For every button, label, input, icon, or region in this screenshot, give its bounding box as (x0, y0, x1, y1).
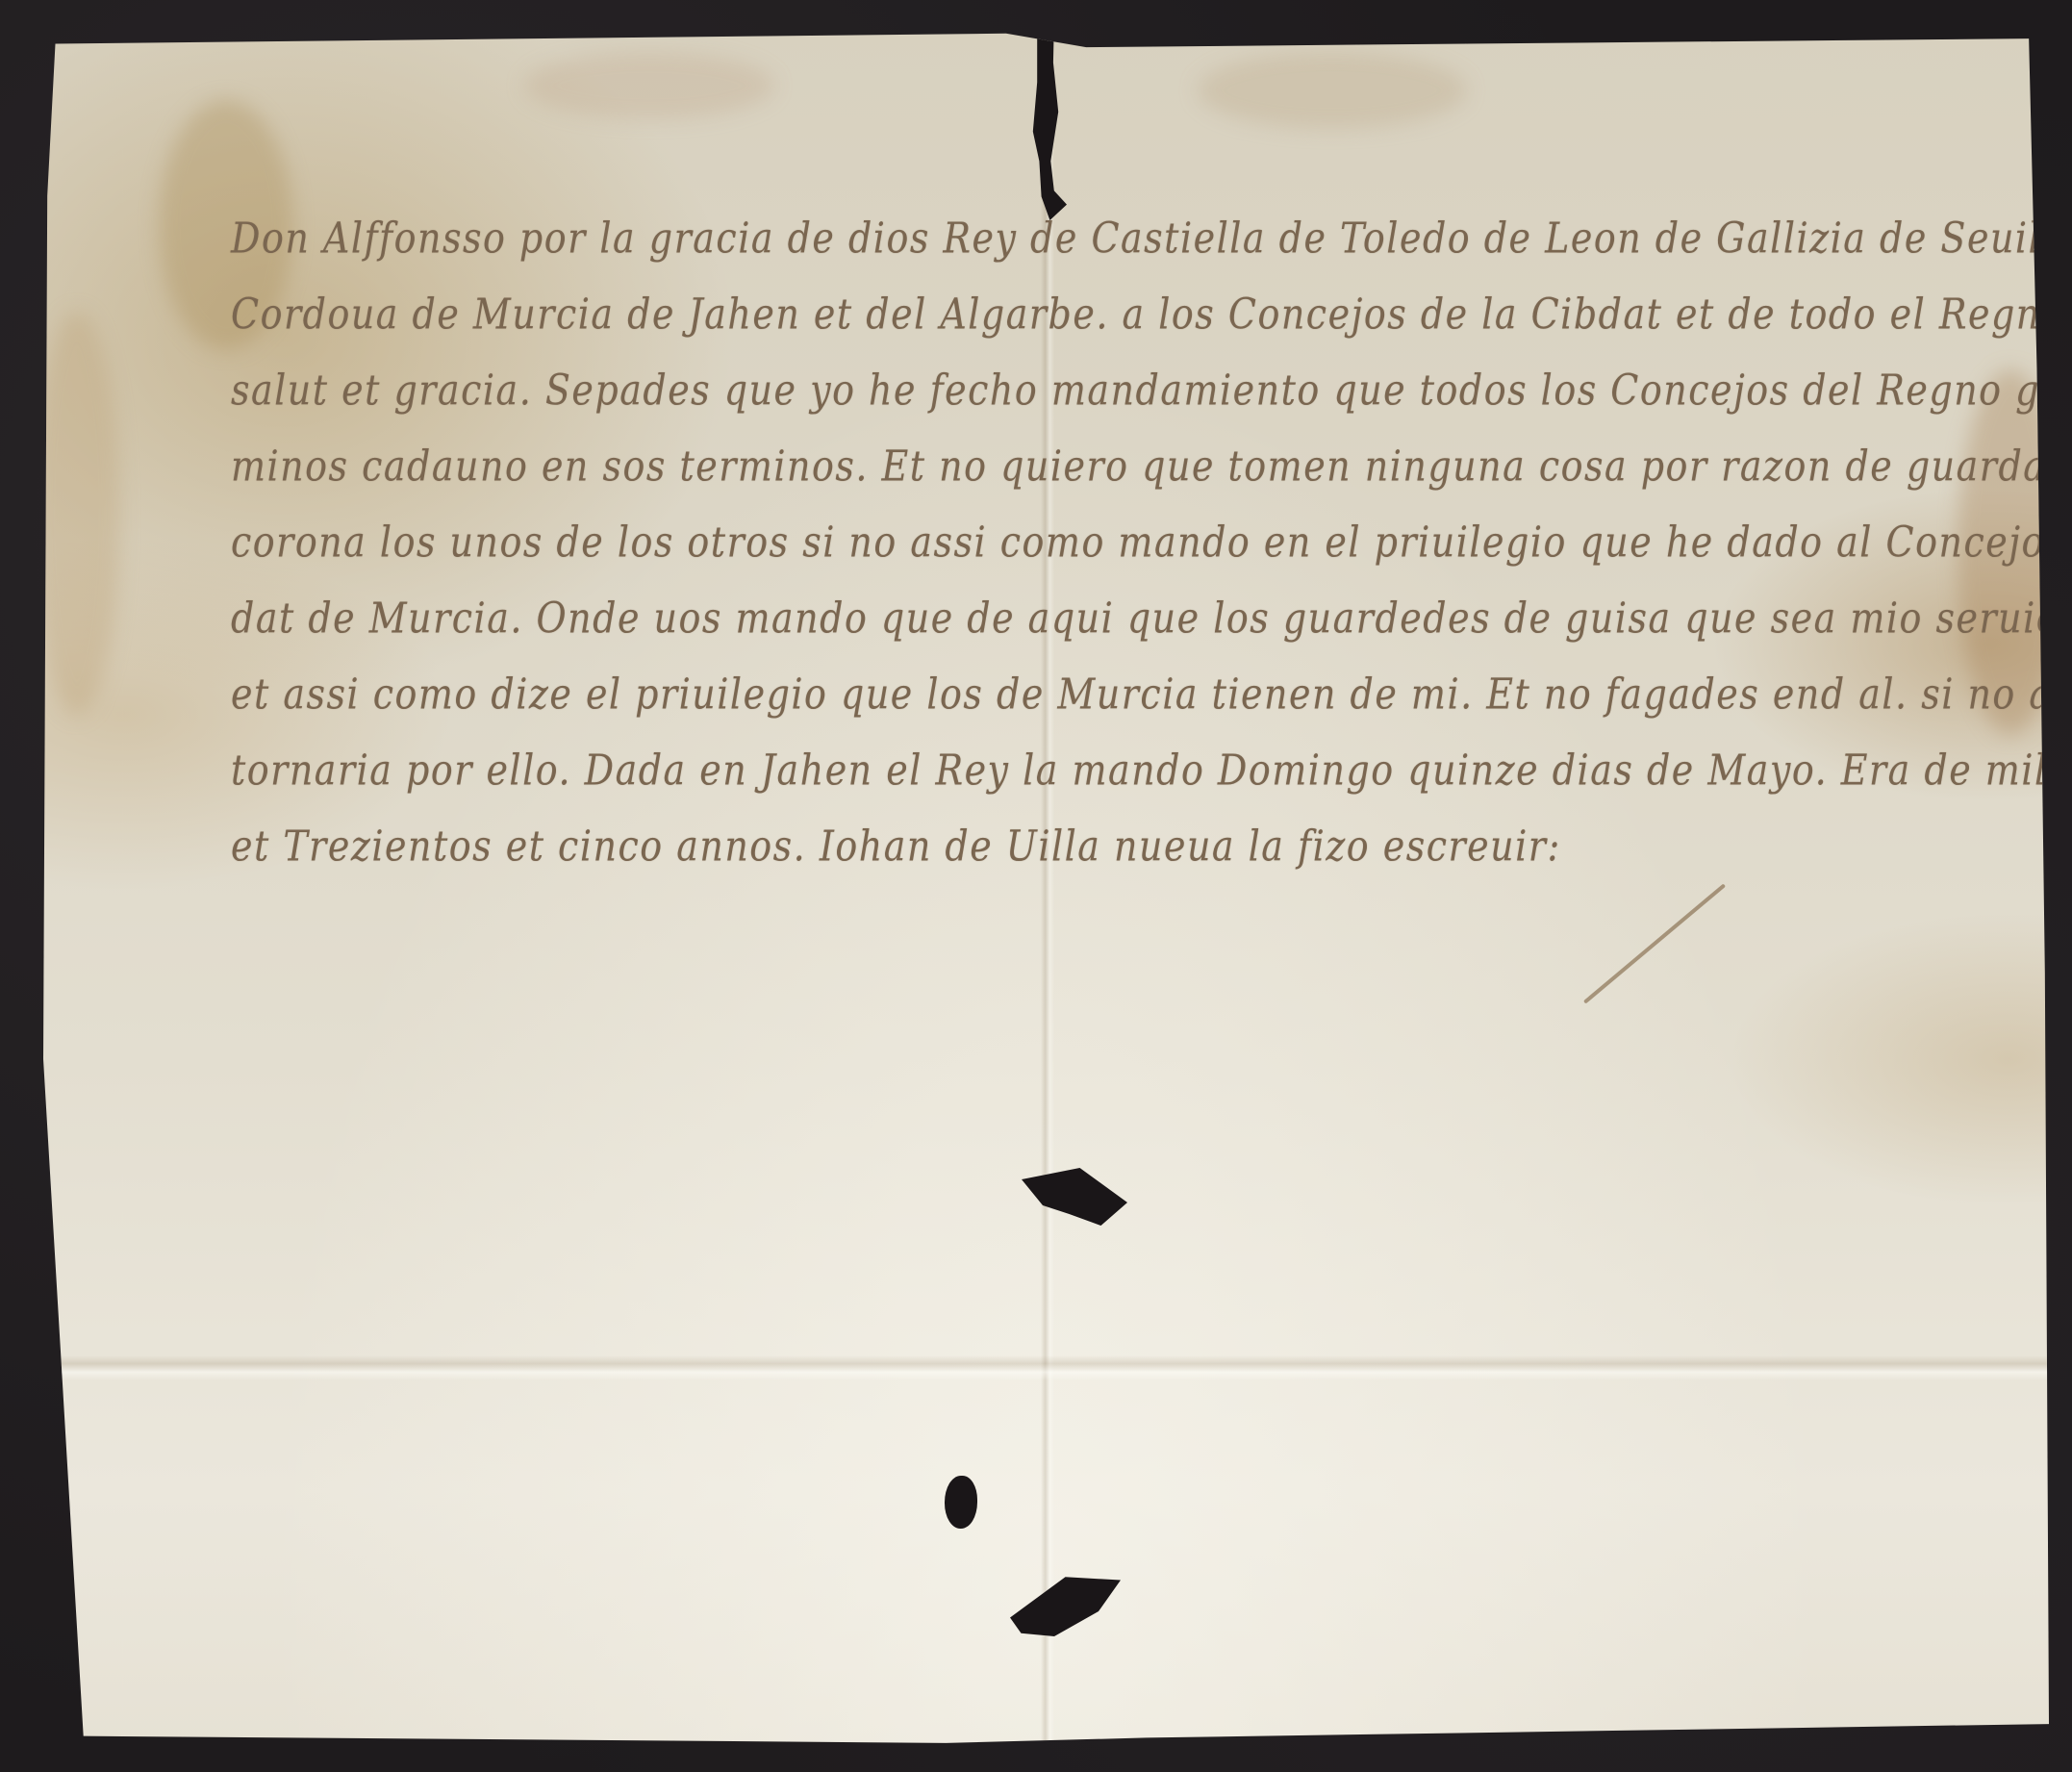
parchment-hole (1022, 1168, 1127, 1226)
text-line-8: tornaria por ello. Dada en Jahen el Rey … (231, 752, 1991, 828)
parchment-tear (1024, 23, 1067, 220)
text-line-2: Cordoua de Murcia de Jahen et del Algarb… (231, 296, 1991, 372)
text-line-9: et Trezientos et cinco annos. Iohan de U… (231, 828, 1991, 904)
parchment-hole (1010, 1574, 1121, 1636)
water-stain (34, 312, 120, 716)
parchment-hole (945, 1476, 977, 1529)
water-stain (524, 52, 774, 119)
text-line-1: Don Alffonsso por la gracia de dios Rey … (231, 220, 1991, 296)
horizontal-fold (43, 1355, 2049, 1380)
water-stain (1198, 52, 1467, 129)
text-line-3: salut et gracia. Sepades que yo he fecho… (231, 372, 1991, 448)
text-line-5: corona los unos de los otros si no assi … (231, 524, 1991, 600)
text-line-6: dat de Murcia. Onde uos mando que de aqu… (231, 600, 1991, 676)
parchment-charter: Don Alffonsso por la gracia de dios Rey … (43, 23, 2049, 1750)
text-line-7: et assi como dize el priuilegio que los … (231, 676, 1991, 752)
text-line-4: minos cadauno en sos terminos. Et no qui… (231, 448, 1991, 524)
charter-text: Don Alffonsso por la gracia de dios Rey … (231, 220, 1991, 904)
